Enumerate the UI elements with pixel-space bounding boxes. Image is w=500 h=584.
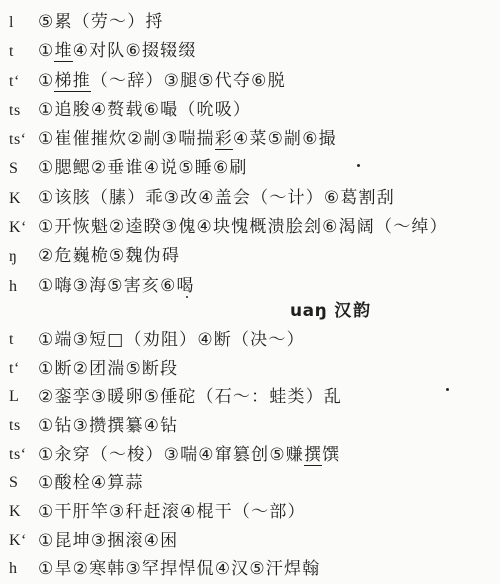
entry-row: t‘①断②团湍⑤断段 xyxy=(9,355,500,384)
initial-label: L xyxy=(9,383,38,412)
ink-speck xyxy=(357,164,360,167)
entry-text: ①腮鳃②垂谁④说⑤睡⑥刷 xyxy=(38,158,248,178)
rhyme-title: 汉韵 xyxy=(334,301,372,321)
initial-label: l xyxy=(9,8,38,37)
entry-text: ①酸栓④算蒜 xyxy=(38,473,144,493)
initial-label: ts xyxy=(9,412,38,441)
initial-label: K xyxy=(9,184,38,213)
entry-row: K‘①开恢魁②逵睽③傀④块愧概溃脍刽⑥渴阔（～绰） xyxy=(9,213,500,242)
initial-label: t‘ xyxy=(9,67,38,96)
initial-label: h xyxy=(9,272,38,301)
entry-text: ①崔催摧炊②剬③喘揣彩④菜⑤剬⑥撮 xyxy=(38,129,337,150)
entry-row: t①端③短□（劝阻）④断（决～） xyxy=(9,326,500,355)
initial-label: K‘ xyxy=(9,527,38,556)
initial-label: S xyxy=(9,154,38,183)
initial-label: ts‘ xyxy=(9,125,38,154)
entry-row: l⑤累（劳～）捋 xyxy=(9,8,500,37)
entry-text: ①昆坤③捆滚④困 xyxy=(38,531,178,551)
entry-text: ①汆穿（～梭）③喘④窜篡创⑤赚撰馔 xyxy=(38,445,340,466)
entry-text: ⑤累（劳～）捋 xyxy=(38,12,164,32)
scanned-dictionary-page: l⑤累（劳～）捋 t①堆④对队⑥掇辍缀 t‘①梯推（～辞）③腿⑤代夺⑥脱 ts①… xyxy=(0,0,500,584)
entry-text: ①旱②寒韩③罕捍悍侃④汉⑤汗焊翰 xyxy=(38,559,320,579)
entry-text: ①堆④对队⑥掇辍缀 xyxy=(38,41,197,62)
rhyme-section-uei: l⑤累（劳～）捋 t①堆④对队⑥掇辍缀 t‘①梯推（～辞）③腿⑤代夺⑥脱 ts①… xyxy=(9,8,500,301)
entry-text: ①断②团湍⑤断段 xyxy=(38,359,178,379)
entry-row: ts‘①崔催摧炊②剬③喘揣彩④菜⑤剬⑥撮 xyxy=(9,125,500,154)
entry-row: t‘①梯推（～辞）③腿⑤代夺⑥脱 xyxy=(9,67,500,96)
entry-text: ②危巍桅⑤魏伪碍 xyxy=(38,246,180,266)
entry-row: S①酸栓④算蒜 xyxy=(9,469,500,498)
entry-row: t①堆④对队⑥掇辍缀 xyxy=(9,37,500,66)
initial-label: K xyxy=(9,498,38,527)
entry-row: K‘①昆坤③捆滚④困 xyxy=(9,527,500,556)
entry-text: ①开恢魁②逵睽③傀④块愧概溃脍刽⑥渴阔（～绰） xyxy=(38,217,448,237)
ink-speck xyxy=(186,296,188,298)
entry-row: ts①追脧④赘载⑥嘬（吮吸） xyxy=(9,96,500,125)
entry-text: ①该胲（膆）乖③改④盖会（～计）⑥葛割刮 xyxy=(38,188,395,208)
entry-row: ts①钻③攒撰纂④钻 xyxy=(9,412,500,441)
entry-row: h①旱②寒韩③罕捍悍侃④汉⑤汗焊翰 xyxy=(9,555,500,584)
initial-label: t xyxy=(9,326,38,355)
initial-label: K‘ xyxy=(9,213,38,242)
initial-label: t‘ xyxy=(9,355,38,384)
initial-label: ts xyxy=(9,96,38,125)
entry-text: ①追脧④赘载⑥嘬（吮吸） xyxy=(38,100,251,120)
ink-speck xyxy=(446,388,449,391)
entry-text: ①嗨③海⑤害亥⑥喝 xyxy=(38,276,195,296)
entry-text: ①钻③攒撰纂④钻 xyxy=(38,416,178,436)
entry-row: ŋ②危巍桅⑤魏伪碍 xyxy=(9,242,500,271)
rhyme-section-uan: t①端③短□（劝阻）④断（决～） t‘①断②团湍⑤断段 L②銮孪③暖卵⑤倕砣（石… xyxy=(9,326,500,584)
initial-label: h xyxy=(9,555,38,584)
entry-text: ①干肝竿③秆赶滚④棍干（～部） xyxy=(38,502,306,522)
entry-text: ①梯推（～辞）③腿⑤代夺⑥脱 xyxy=(38,71,286,92)
rhyme-ipa: uaŋ xyxy=(290,301,327,321)
entry-row: S①腮鳃②垂谁④说⑤睡⑥刷 xyxy=(9,154,500,183)
entry-row: L②銮孪③暖卵⑤倕砣（石～：蛙类）乱 xyxy=(9,383,500,412)
initial-label: ts‘ xyxy=(9,441,38,470)
initial-label: t xyxy=(9,37,38,66)
entry-row: K①该胲（膆）乖③改④盖会（～计）⑥葛割刮 xyxy=(9,184,500,213)
entry-row: ts‘①汆穿（～梭）③喘④窜篡创⑤赚撰馔 xyxy=(9,441,500,470)
initial-label: S xyxy=(9,469,38,498)
entry-text: ①端③短□（劝阻）④断（决～） xyxy=(38,330,305,350)
entry-row: K①干肝竿③秆赶滚④棍干（～部） xyxy=(9,498,500,527)
entry-text: ②銮孪③暖卵⑤倕砣（石～：蛙类）乱 xyxy=(38,387,342,407)
initial-label: ŋ xyxy=(9,242,38,271)
